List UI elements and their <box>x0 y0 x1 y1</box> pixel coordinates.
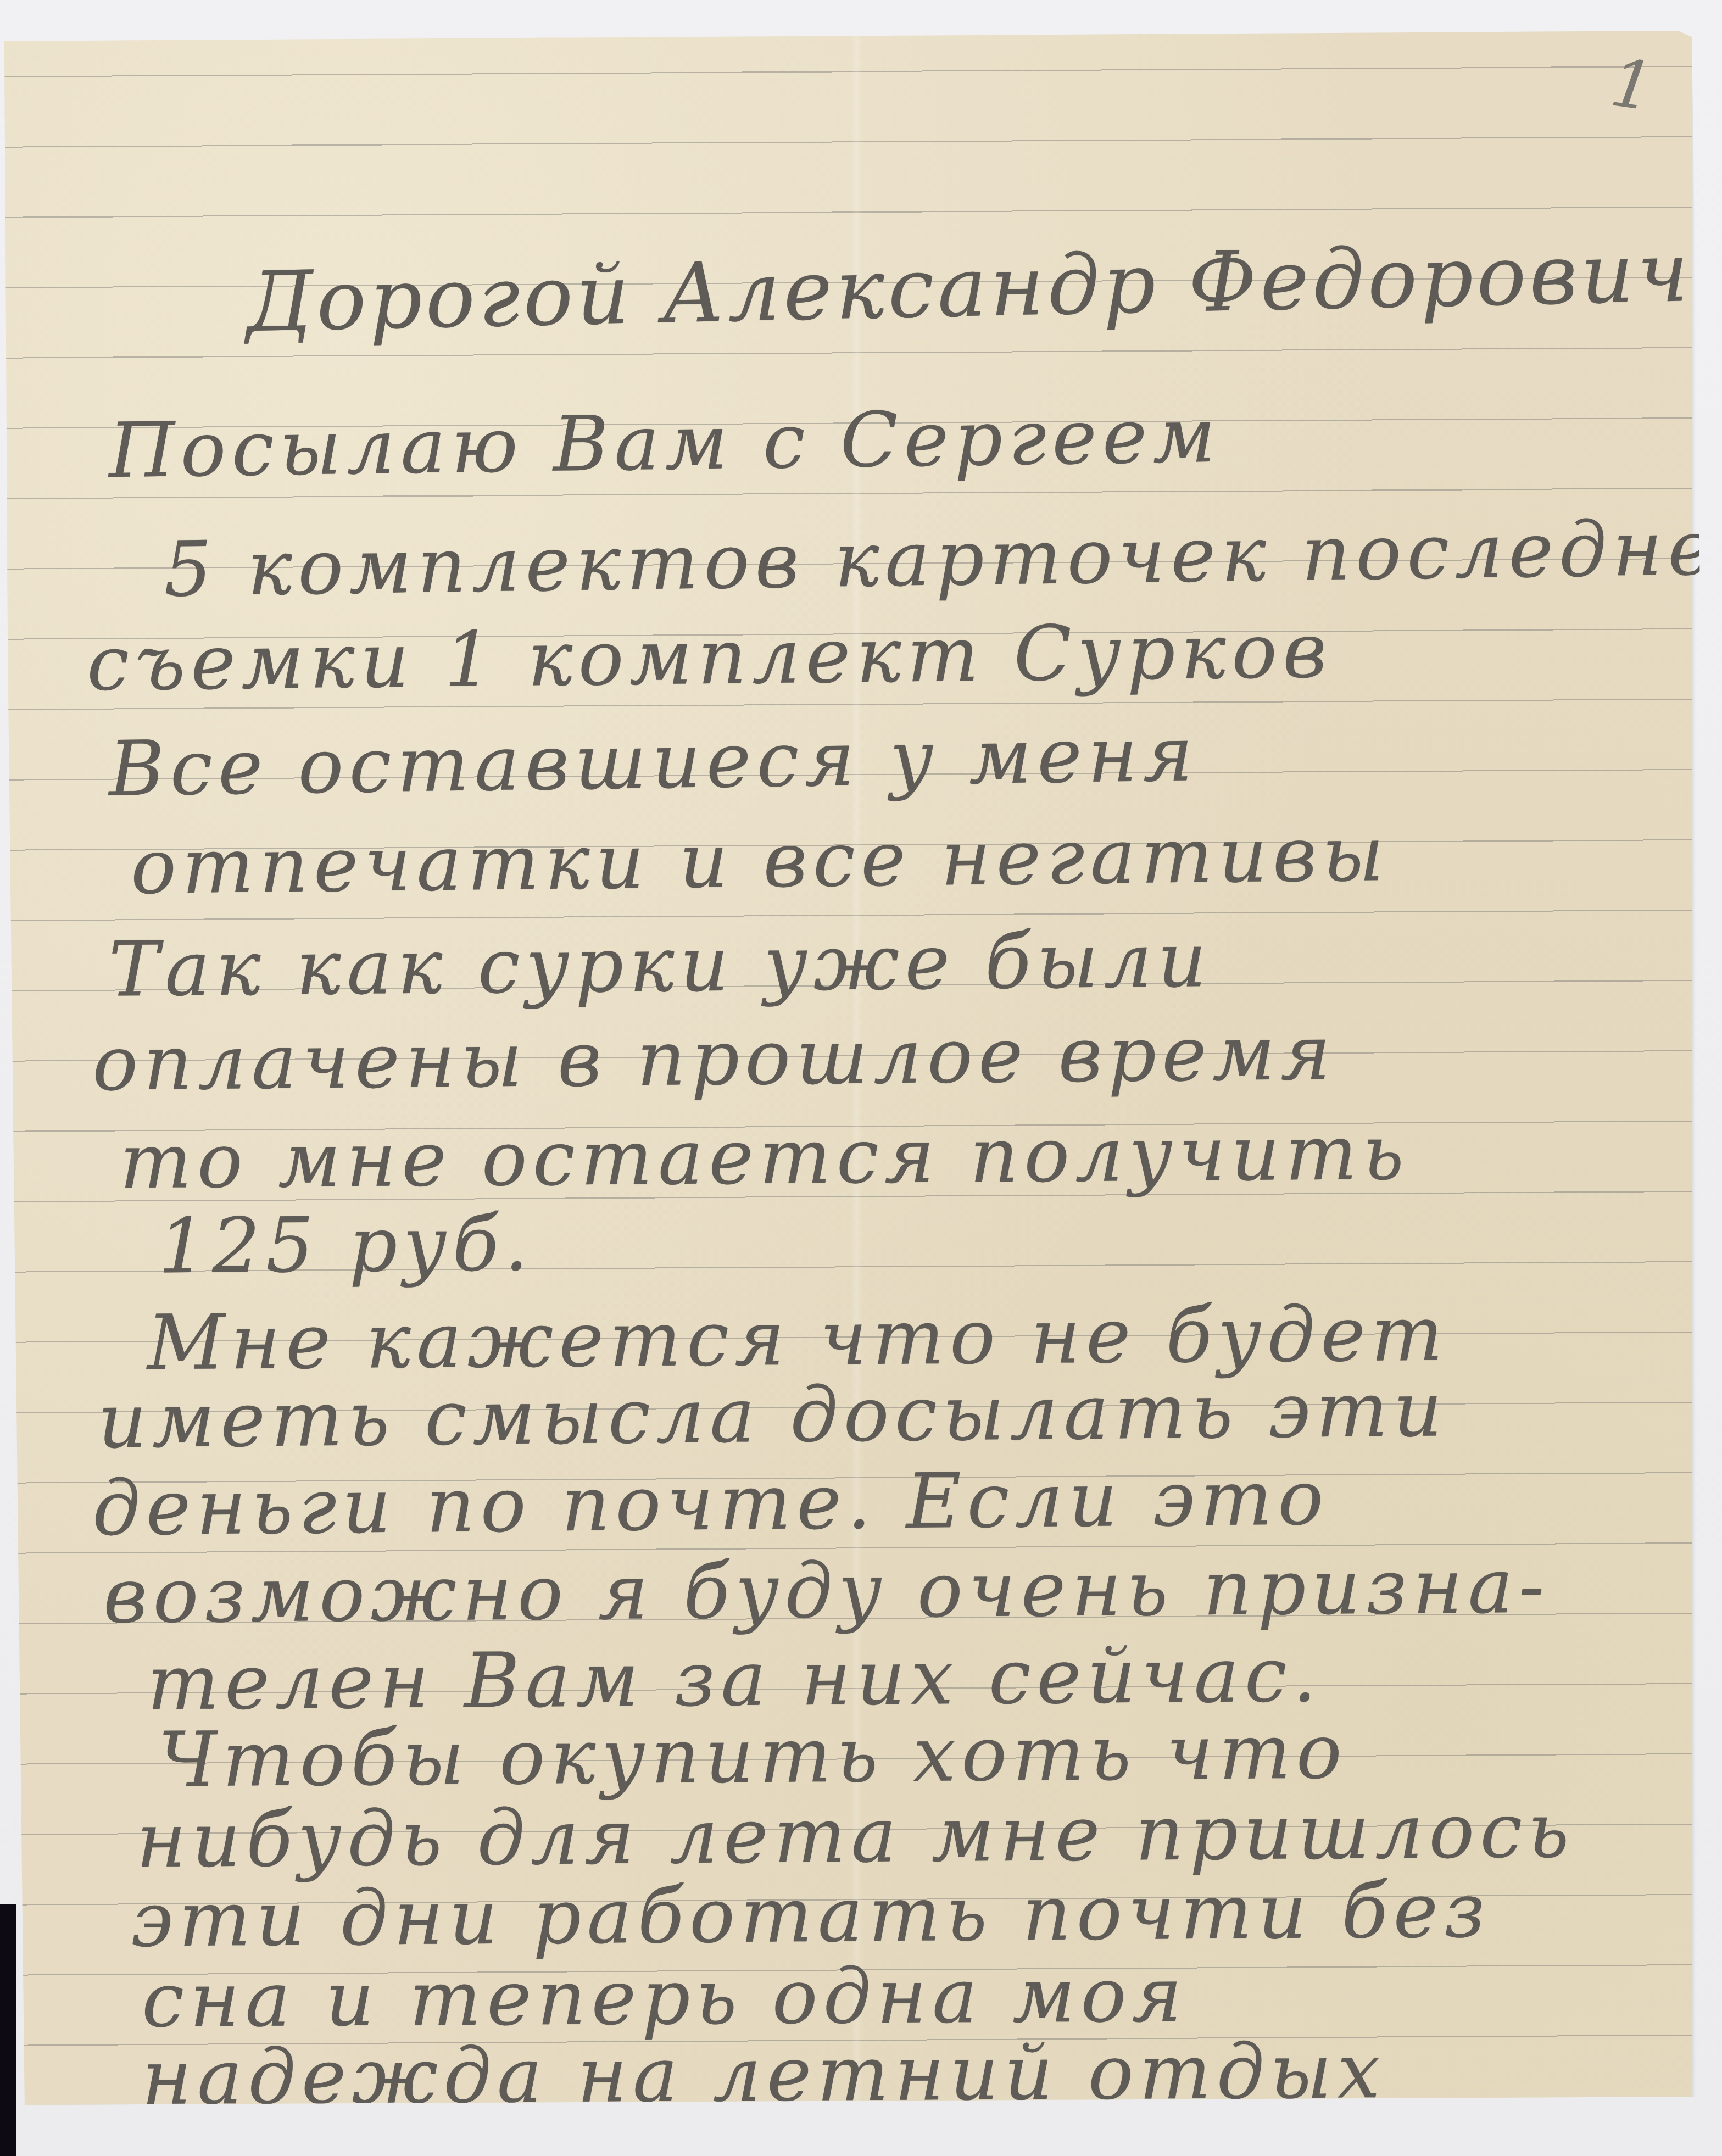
letter-text: Дорогой Александр Федорович! Посылаю Вам… <box>4 31 1692 2105</box>
letter-line: съемки 1 комплект Сурков <box>86 606 1333 708</box>
letter-line: 5 комплектов карточек последней <box>163 503 1722 614</box>
letter-line: Посылаю Вам с Сергеем <box>108 391 1222 495</box>
letter-line: оплачены в прошлое время <box>92 1009 1336 1108</box>
letter-greeting: Дорогой Александр Федорович! <box>245 224 1722 350</box>
letter-line: Все оставшиеся у меня <box>108 710 1199 814</box>
letter-line: эти дни работать почти без <box>130 1866 1491 1964</box>
letter-line: иметь смысла досылать эти <box>97 1365 1448 1465</box>
letter-line: возможно я буду очень призна- <box>103 1542 1550 1640</box>
letter-line: Так как сурки уже были <box>108 916 1212 1014</box>
letter-page: 1 Дорогой Александр Федорович! Посылаю В… <box>4 31 1692 2105</box>
letter-line: отпечатки и все негативы <box>130 810 1390 911</box>
letter-line: деньги по почте. Если это <box>92 1453 1329 1553</box>
scan-edge-strip <box>0 1904 16 2156</box>
letter-line: то мне остается получить <box>119 1108 1409 1206</box>
letter-line: 125 руб. <box>158 1200 534 1291</box>
